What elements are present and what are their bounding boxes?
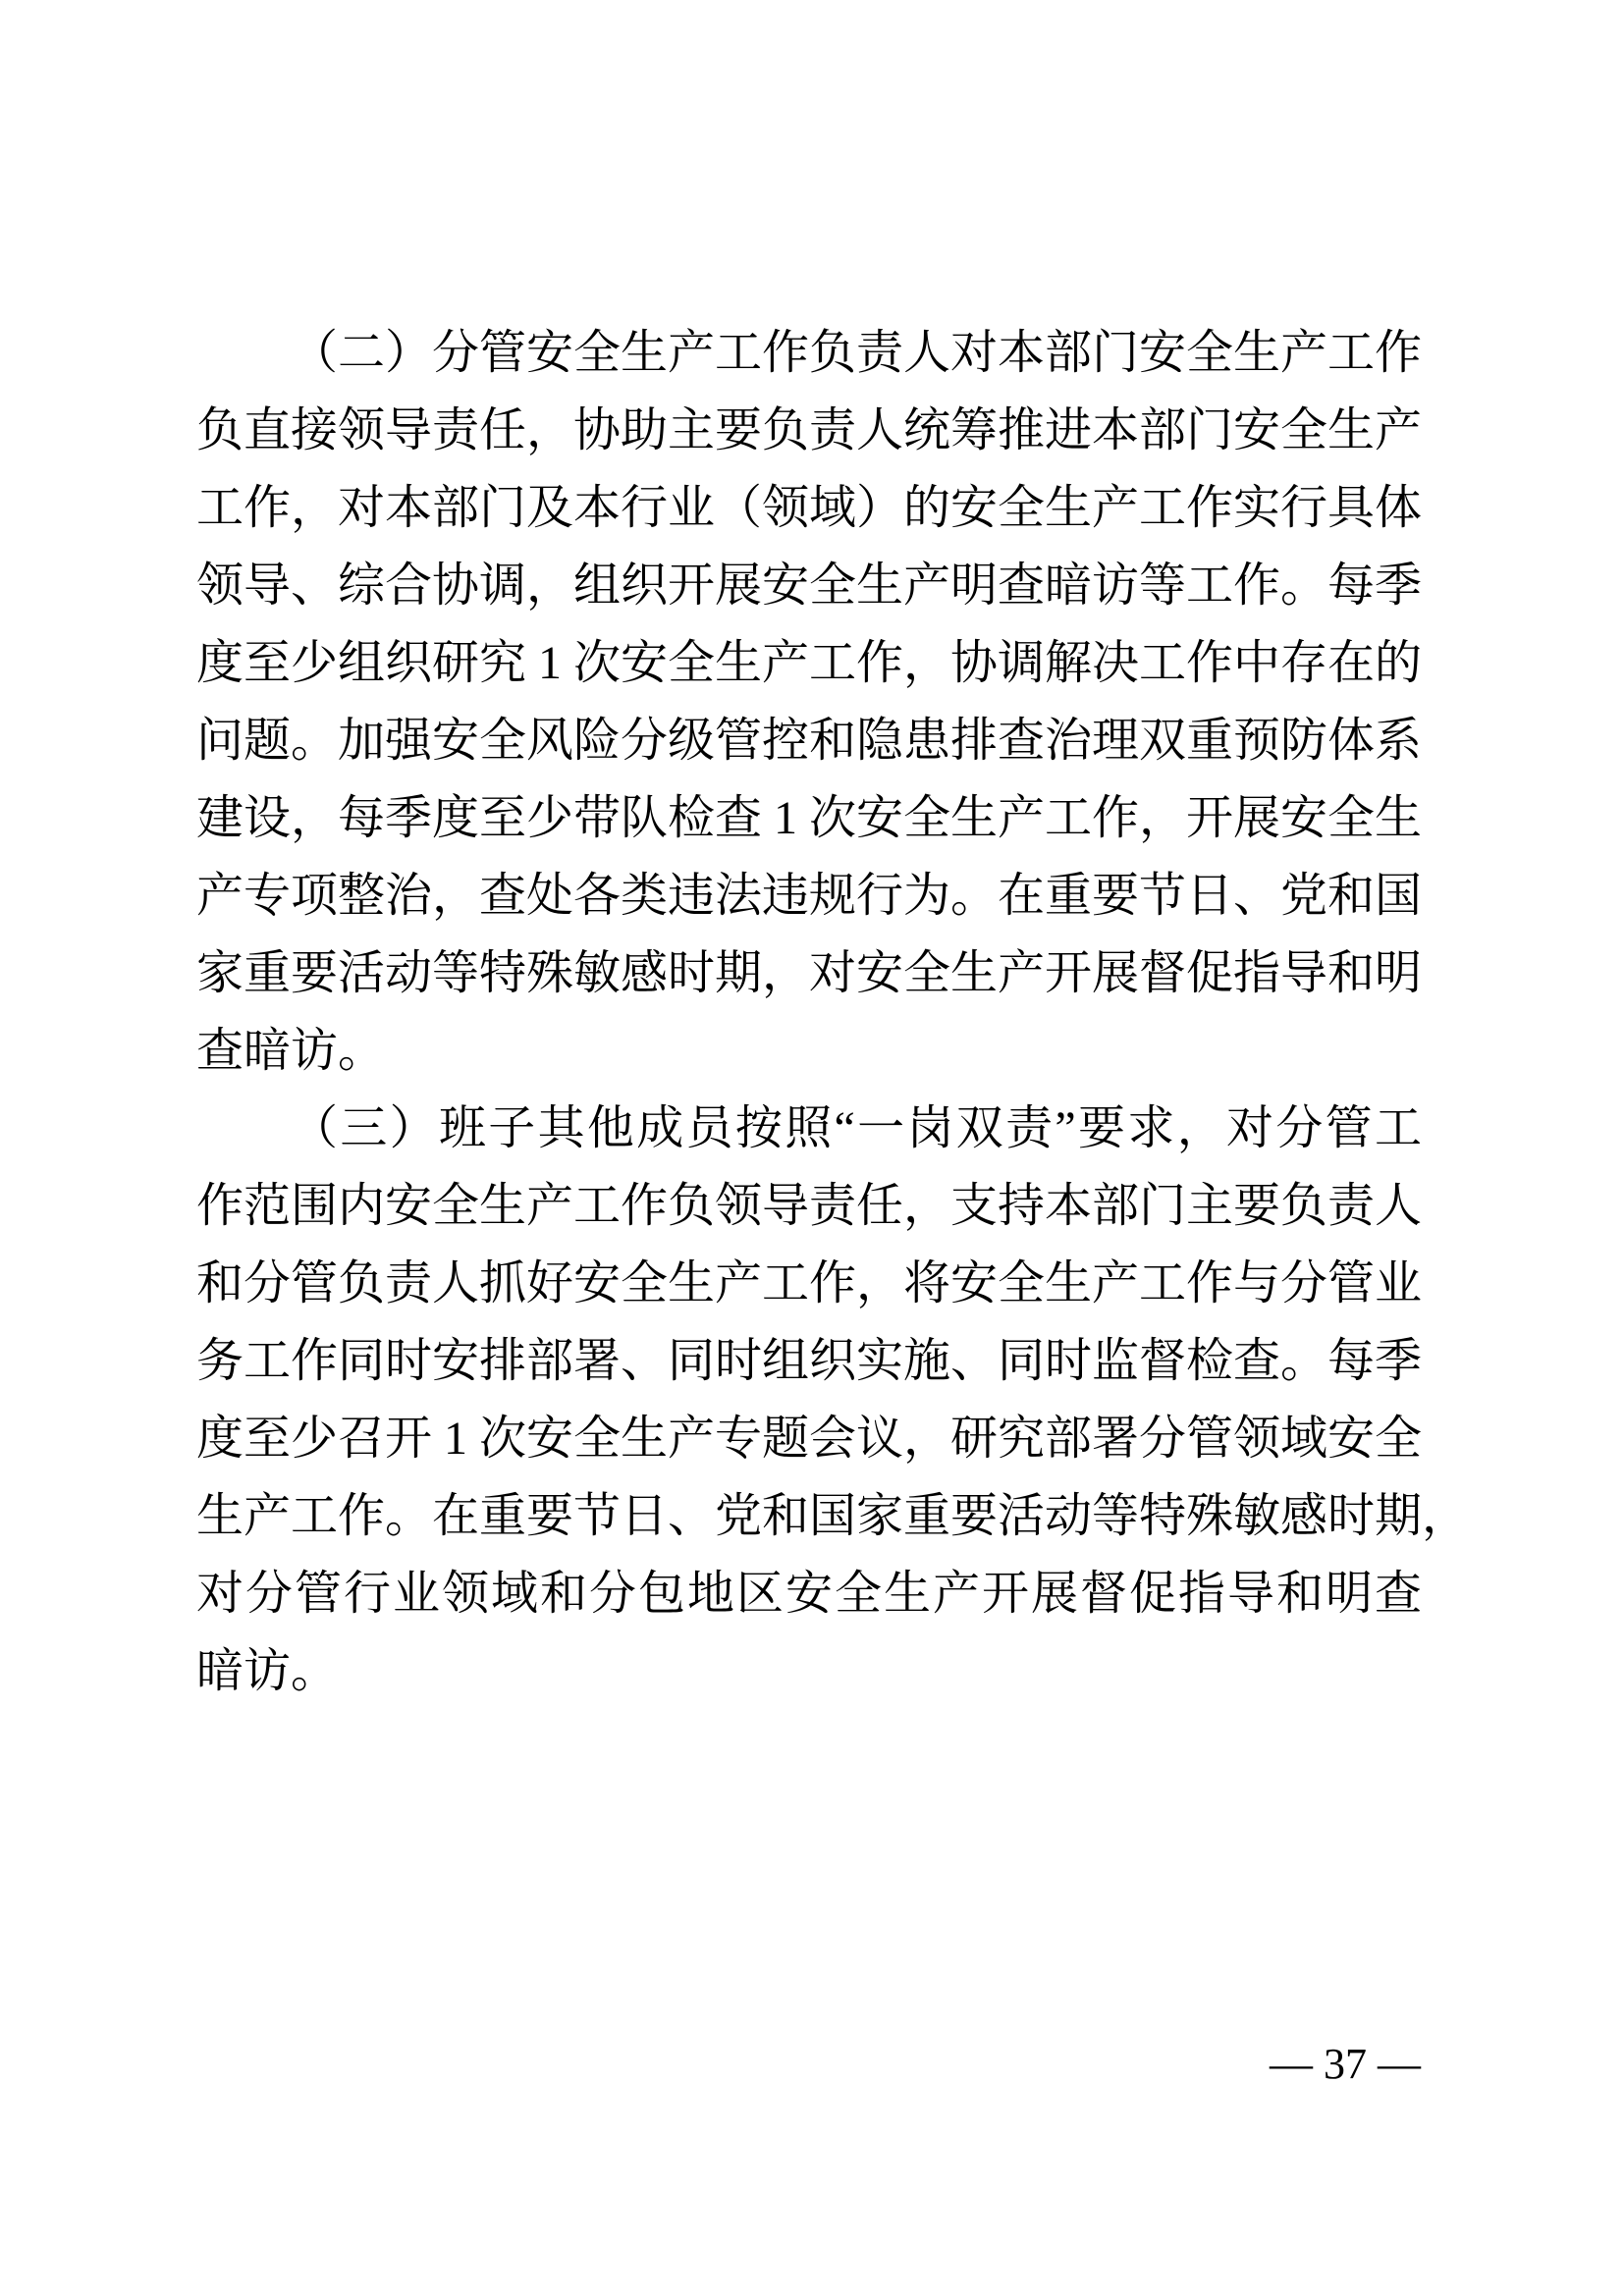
text-line: 和分管负责人抓好安全生产工作，将安全生产工作与分管业 <box>196 1245 1422 1322</box>
text-line: 查暗访。 <box>196 1012 1422 1090</box>
text-line: 度至少组织研究 1 次安全生产工作，协调解决工作中存在的 <box>196 624 1422 702</box>
page-number: — 37 — <box>1270 2043 1421 2086</box>
text-line: 生产工作。在重要节日、党和国家重要活动等特殊敏感时期， <box>196 1477 1422 1555</box>
text-line: 负直接领导责任，协助主要负责人统筹推进本部门安全生产 <box>196 392 1422 469</box>
text-line: （二）分管安全生产工作负责人对本部门安全生产工作 <box>196 314 1422 392</box>
text-line: 对分管行业领域和分包地区安全生产开展督促指导和明查 <box>196 1555 1422 1632</box>
body-text: （二）分管安全生产工作负责人对本部门安全生产工作负直接领导责任，协助主要负责人统… <box>196 314 1422 1710</box>
text-line: 家重要活动等特殊敏感时期，对安全生产开展督促指导和明 <box>196 934 1422 1012</box>
document-page: （二）分管安全生产工作负责人对本部门安全生产工作负直接领导责任，协助主要负责人统… <box>0 0 1624 2296</box>
text-line: 度至少召开 1 次安全生产专题会议，研究部署分管领域安全 <box>196 1400 1422 1477</box>
text-line: （三）班子其他成员按照“一岗双责”要求，对分管工 <box>196 1090 1422 1167</box>
text-line: 作范围内安全生产工作负领导责任，支持本部门主要负责人 <box>196 1167 1422 1245</box>
text-line: 务工作同时安排部署、同时组织实施、同时监督检查。每季 <box>196 1322 1422 1400</box>
text-line: 产专项整治，查处各类违法违规行为。在重要节日、党和国 <box>196 857 1422 934</box>
text-line: 领导、综合协调，组织开展安全生产明查暗访等工作。每季 <box>196 547 1422 624</box>
text-line: 问题。加强安全风险分级管控和隐患排查治理双重预防体系 <box>196 702 1422 779</box>
text-line: 建设，每季度至少带队检查 1 次安全生产工作，开展安全生 <box>196 779 1422 857</box>
text-line: 暗访。 <box>196 1632 1422 1710</box>
text-line: 工作，对本部门及本行业（领域）的安全生产工作实行具体 <box>196 469 1422 547</box>
